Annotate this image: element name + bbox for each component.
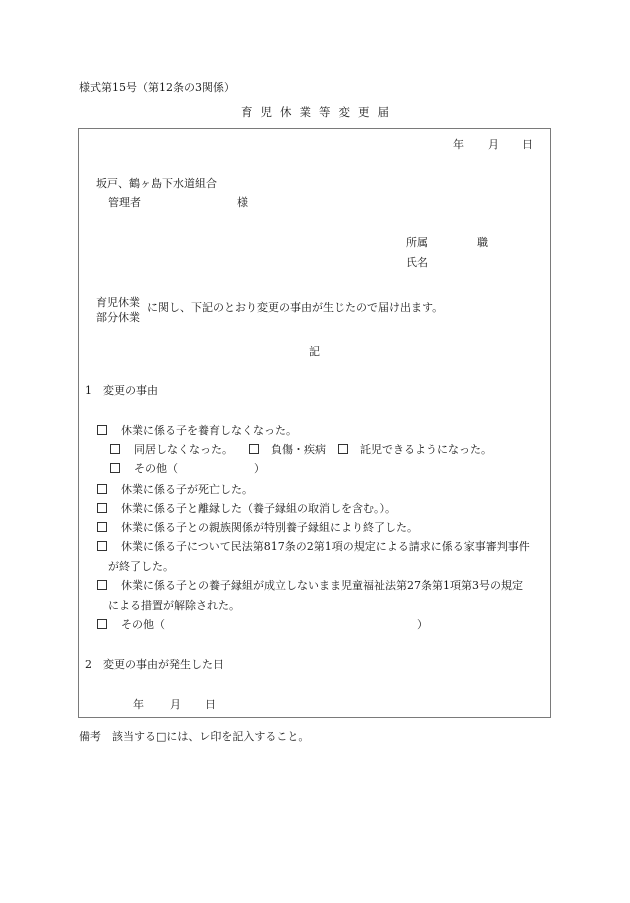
reason-item-family-court: 休業に係る子について民法第817条の2第1項の規定による請求に係る家事審判事件 bbox=[97, 541, 530, 552]
reason-subitems: 同居しなくなった。負傷・疾病託児できるようになった。 bbox=[110, 444, 492, 455]
ki-heading: 記 bbox=[309, 346, 320, 357]
reason-item-dissolved-adoption: 休業に係る子と離縁した（養子縁組の取消しを含む。）。 bbox=[97, 503, 396, 514]
checkbox[interactable] bbox=[97, 580, 107, 590]
reason-item-other: その他（） bbox=[97, 619, 428, 630]
checkbox[interactable] bbox=[110, 463, 120, 473]
remarks-note: 備考 該当する□には、レ印を記入すること。 bbox=[79, 731, 309, 742]
section-2-title: 2 変更の事由が発生した日 bbox=[85, 659, 224, 670]
submission-date: 年月日 bbox=[453, 139, 533, 150]
addressee-honorific: 様 bbox=[237, 197, 248, 208]
addressee-organization: 坂戸、鶴ヶ島下水道組合 bbox=[96, 178, 217, 189]
declaration-text: に関し、下記のとおり変更の事由が生じたので届け出ます。 bbox=[147, 302, 443, 313]
reason-item-child-died: 休業に係る子が死亡した。 bbox=[97, 484, 253, 495]
checkbox[interactable] bbox=[97, 425, 107, 435]
checkbox[interactable] bbox=[249, 444, 259, 454]
addressee-manager: 管理者 bbox=[108, 197, 141, 208]
name-field[interactable]: 氏名 bbox=[406, 257, 428, 268]
leave-type-childcare[interactable]: 育児休業 bbox=[96, 295, 140, 310]
reason-item-special-adoption: 休業に係る子との親族関係が特別養子縁組により終了した。 bbox=[97, 522, 418, 533]
form-number: 様式第15号（第12条の3関係） bbox=[79, 82, 235, 93]
position-field[interactable]: 職 bbox=[477, 237, 488, 248]
date-month-field[interactable]: 月 bbox=[488, 139, 522, 150]
subitem-injury-illness: 負傷・疾病 bbox=[271, 443, 326, 456]
subitem-not-cohabiting: 同居しなくなった。 bbox=[134, 443, 233, 456]
occurrence-year-field[interactable]: 年 bbox=[133, 699, 144, 710]
section-1-title: 1 変更の事由 bbox=[85, 385, 158, 396]
checkbox[interactable] bbox=[338, 444, 348, 454]
date-day-field[interactable]: 日 bbox=[522, 139, 533, 150]
reason-subitem-other: その他（） bbox=[110, 463, 265, 474]
checkbox[interactable] bbox=[97, 484, 107, 494]
leave-type-options: 育児休業 部分休業 bbox=[96, 295, 140, 325]
checkbox[interactable] bbox=[110, 444, 120, 454]
subitem-daycare-available: 託児できるようになった。 bbox=[360, 443, 492, 456]
document-title: 育児休業等変更届 bbox=[0, 107, 630, 119]
checkbox[interactable] bbox=[97, 541, 107, 551]
checkbox[interactable] bbox=[97, 503, 107, 513]
date-year-field[interactable]: 年 bbox=[453, 139, 488, 150]
occurrence-month-field[interactable]: 月 bbox=[170, 699, 181, 710]
reason-item-child-welfare: 休業に係る子との養子縁組が成立しないまま児童福祉法第27条第1項第3号の規定 bbox=[97, 580, 523, 591]
occurrence-day-field[interactable]: 日 bbox=[205, 699, 216, 710]
reason-item-family-court-continuation: が終了した。 bbox=[108, 561, 174, 572]
checkbox[interactable] bbox=[97, 619, 107, 629]
reason-item-no-longer-raising: 休業に係る子を養育しなくなった。 bbox=[97, 425, 297, 436]
reason-item-child-welfare-continuation: による措置が解除された。 bbox=[108, 600, 240, 611]
leave-type-partial[interactable]: 部分休業 bbox=[96, 310, 140, 325]
checkbox[interactable] bbox=[97, 522, 107, 532]
affiliation-field[interactable]: 所属 bbox=[406, 237, 428, 248]
